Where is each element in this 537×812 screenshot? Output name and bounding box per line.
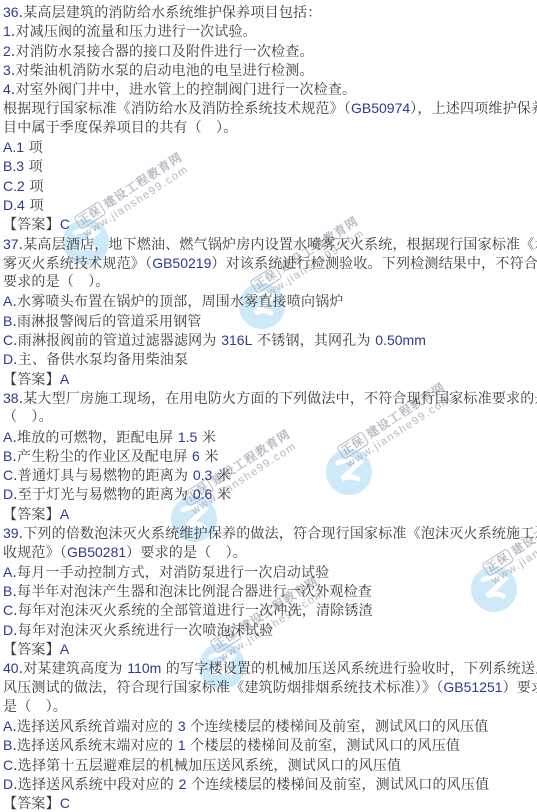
question-stem-line: 37.某高层酒店，地下燃油、燃气锅炉房内设置水喷雾灭火系统，根据现行国家标准《水… xyxy=(3,235,537,254)
option-a: A.堆放的可燃物，距配电屏 1.5 米 xyxy=(3,428,537,447)
option-d: D.4 项 xyxy=(3,196,537,215)
answer-line: 【答案】A xyxy=(3,640,537,659)
answer-value: C xyxy=(60,796,70,812)
answer-label: 【答案】 xyxy=(3,217,60,233)
exam-document: 正保建设工程教育网 www.jianshe99.com 正保建设工程教育网 ww… xyxy=(0,0,537,812)
option-c: C.选择第十五层避难层的机械加压送风系统，测试风口的风压值 xyxy=(3,756,537,775)
question-stem-line: 4.对室外阀门井中，进水管上的控制阀门进行一次检查。 xyxy=(3,80,537,99)
question-stem-line: 根据现行国家标准《消防给水及消防拴系统技术规范》（GB50974），上述四项维护… xyxy=(3,99,537,118)
option-b: B.雨淋报警阀后的管道采用钢管 xyxy=(3,312,537,331)
question-block-38: 38.某大型厂房施工现场，在用电防火方面的下列做法中，不符合现行国家标准要求的是… xyxy=(3,389,537,524)
option-a: A.水雾喷头布置在锅炉的顶部，周围水雾直接喷向锅炉 xyxy=(3,292,537,311)
option-d: D.选择送风系统中段对应的 2 个连续楼层的楼梯间及前室，测试风口的风压值 xyxy=(3,775,537,794)
question-stem-line: 是（ ）。 xyxy=(3,698,537,717)
question-stem-line: 36.某高层建筑的消防给水系统维护保养项目包括： xyxy=(3,3,537,22)
answer-label: 【答案】 xyxy=(3,372,60,388)
answer-value: A xyxy=(60,507,69,523)
question-stem-line: 1.对减压阀的流量和压力进行一次试验。 xyxy=(3,22,537,41)
answer-line: 【答案】C xyxy=(3,215,537,234)
option-d: D.每年对泡沫灭火系统进行一次喷泡沫试验 xyxy=(3,621,537,640)
option-c: C.普通灯具与易燃物的距离为 0.3 米 xyxy=(3,466,537,485)
question-stem-line: 目中属于季度保养项目的共有（ ）。 xyxy=(3,119,537,138)
option-a: A.选择送风系统首端对应的 3 个连续楼层的楼梯间及前室，测试风口的风压值 xyxy=(3,717,537,736)
option-b: B.3 项 xyxy=(3,157,537,176)
answer-label: 【答案】 xyxy=(3,507,60,523)
question-stem-line: 3.对柴油机消防水泵的启动电池的电呈进行检测。 xyxy=(3,61,537,80)
question-block-37: 37.某高层酒店，地下燃油、燃气锅炉房内设置水喷雾灭火系统，根据现行国家标准《水… xyxy=(3,235,537,389)
answer-line: 【答案】A xyxy=(3,505,537,524)
option-a: A.每月一手动控制方式，对消防泵进行一次启动试验 xyxy=(3,563,537,582)
option-b: B.每半年对泡沫产生器和泡沫比例混合器进行一次外观检查 xyxy=(3,582,537,601)
answer-value: A xyxy=(60,642,69,658)
question-stem-line: 风压测试的做法，符合现行国家标准《建筑防烟排烟系统技术标准）》（GB51251）… xyxy=(3,678,537,697)
option-c: C.2 项 xyxy=(3,177,537,196)
questions-list: 36.某高层建筑的消防给水系统维护保养项目包括： 1.对减压阀的流量和压力进行一… xyxy=(0,0,537,812)
answer-line: 【答案】C xyxy=(3,794,537,812)
answer-label: 【答案】 xyxy=(3,796,60,812)
question-stem-line: 要求的是（ ）。 xyxy=(3,273,537,292)
question-stem-line: 40.对某建筑高度为 110m 的写字楼设置的机械加压送风系统进行验收时，下列系… xyxy=(3,659,537,678)
answer-line: 【答案】A xyxy=(3,370,537,389)
question-block-39: 39.下列的倍数泡沫灭火系统维护保养的做法，符合现行国家标准《泡沫灭火系统施工及… xyxy=(3,524,537,659)
answer-value: C xyxy=(60,217,70,233)
question-stem-line: 2.对消防水泵接合器的接口及附件进行一次检查。 xyxy=(3,42,537,61)
option-d: D.至于灯光与易燃物的距离为 0.6 米 xyxy=(3,485,537,504)
option-d: D.主、备供水泵均备用柴油泵 xyxy=(3,350,537,369)
option-b: B.产生粉尘的作业区及配电屏 6 米 xyxy=(3,447,537,466)
question-stem-line: （ ）。 xyxy=(3,408,537,427)
answer-value: A xyxy=(60,372,69,388)
question-stem-line: 38.某大型厂房施工现场，在用电防火方面的下列做法中，不符合现行国家标准要求的是 xyxy=(3,389,537,408)
question-block-36: 36.某高层建筑的消防给水系统维护保养项目包括： 1.对减压阀的流量和压力进行一… xyxy=(3,3,537,235)
question-stem-line: 雾灭火系统技术规范》（GB50219）对该系统进行检测验收。下列检测结果中，不符… xyxy=(3,254,537,273)
option-a: A.1 项 xyxy=(3,138,537,157)
option-c: C.每年对泡沫灭火系统的全部管道进行一次冲洗，清除锈渣 xyxy=(3,601,537,620)
question-block-40: 40.对某建筑高度为 110m 的写字楼设置的机械加压送风系统进行验收时，下列系… xyxy=(3,659,537,812)
option-c: C.雨淋报阀前的管道过滤器滤网为 316L 不锈钢，其网孔为 0.50mm xyxy=(3,331,537,350)
question-stem-line: 39.下列的倍数泡沫灭火系统维护保养的做法，符合现行国家标准《泡沫灭火系统施工及… xyxy=(3,524,537,543)
answer-label: 【答案】 xyxy=(3,642,60,658)
question-stem-line: 收规范》（GB50281）要求的是（ ）。 xyxy=(3,543,537,562)
option-b: B.选择送风系统末端对应的 1 个楼层的楼梯间及前室，测试风口的风压值 xyxy=(3,736,537,755)
